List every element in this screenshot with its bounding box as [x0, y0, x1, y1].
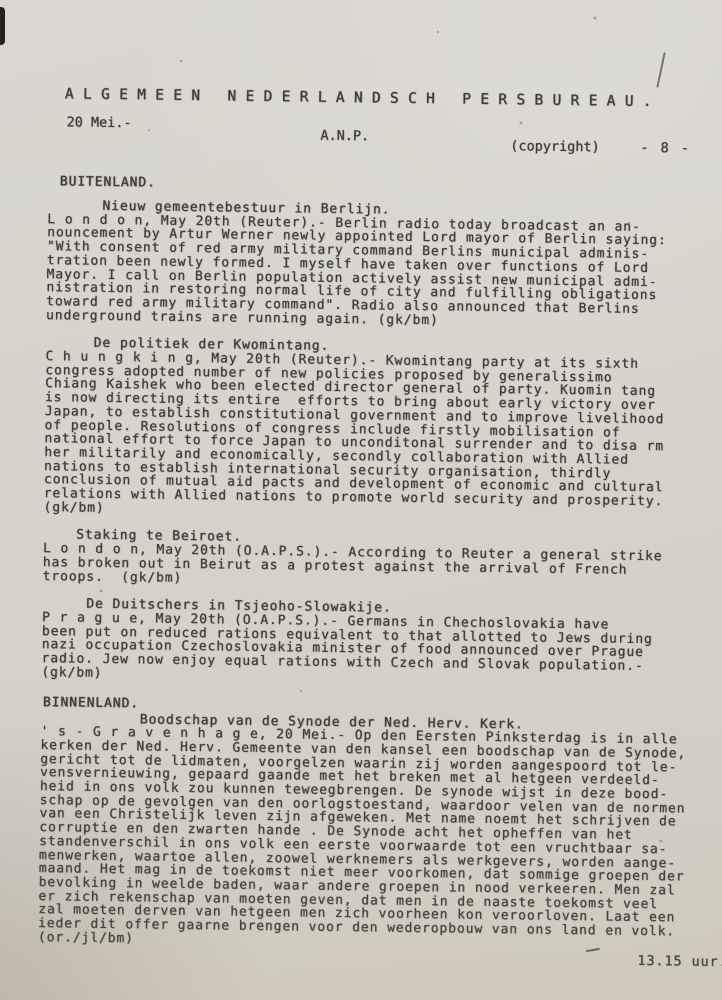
- article-berlin-municipality: Nieuw gemeentebestuur in Berlijn. L o n …: [46, 199, 722, 331]
- article-synode-boodschap: Boodschap van de Synode der Ned. Herv. K…: [38, 712, 722, 954]
- masthead-info-row: 20 Mei.- A.N.P. (copyright) - 8 -: [48, 102, 722, 159]
- page-number: - 8 -: [640, 140, 691, 157]
- scanned-page: A L G E M E E N N E D E R L A N D S C H …: [0, 0, 722, 1000]
- agency-name: A.N.P.: [320, 128, 369, 145]
- article-body: C h u n g k i n g, May 20th (Reuter).- K…: [43, 350, 722, 524]
- copyright-notice: (copyright): [510, 138, 600, 155]
- article-body: L o n d o n, May 20th (O.A.P.S.).- Accor…: [43, 542, 722, 592]
- article-kwomintang-policy: De politiek der Kwomintang. C h u n g k …: [43, 336, 722, 523]
- article-body: ' s - G r a v e n h a g e, 20 Mei.- Op d…: [38, 725, 722, 953]
- typewritten-text-block: A L G E M E E N N E D E R L A N D S C H …: [0, 0, 722, 971]
- rubric-buitenland: BUITENLAND.: [60, 174, 722, 198]
- article-germans-czechoslovakia: De Duitschers in Tsjeoho-Slowakije. P r …: [41, 597, 722, 688]
- issue-date: 20 Mei.-: [66, 114, 131, 131]
- article-body: P r a g u e, May 20th (O.A.P.S.).- Germa…: [41, 611, 722, 689]
- article-beirut-strike: Staking te Beiroet. L o n d o n, May 20t…: [43, 529, 722, 593]
- article-body: L o n d o n, May 20th (Reuter).- Berlin …: [46, 213, 722, 332]
